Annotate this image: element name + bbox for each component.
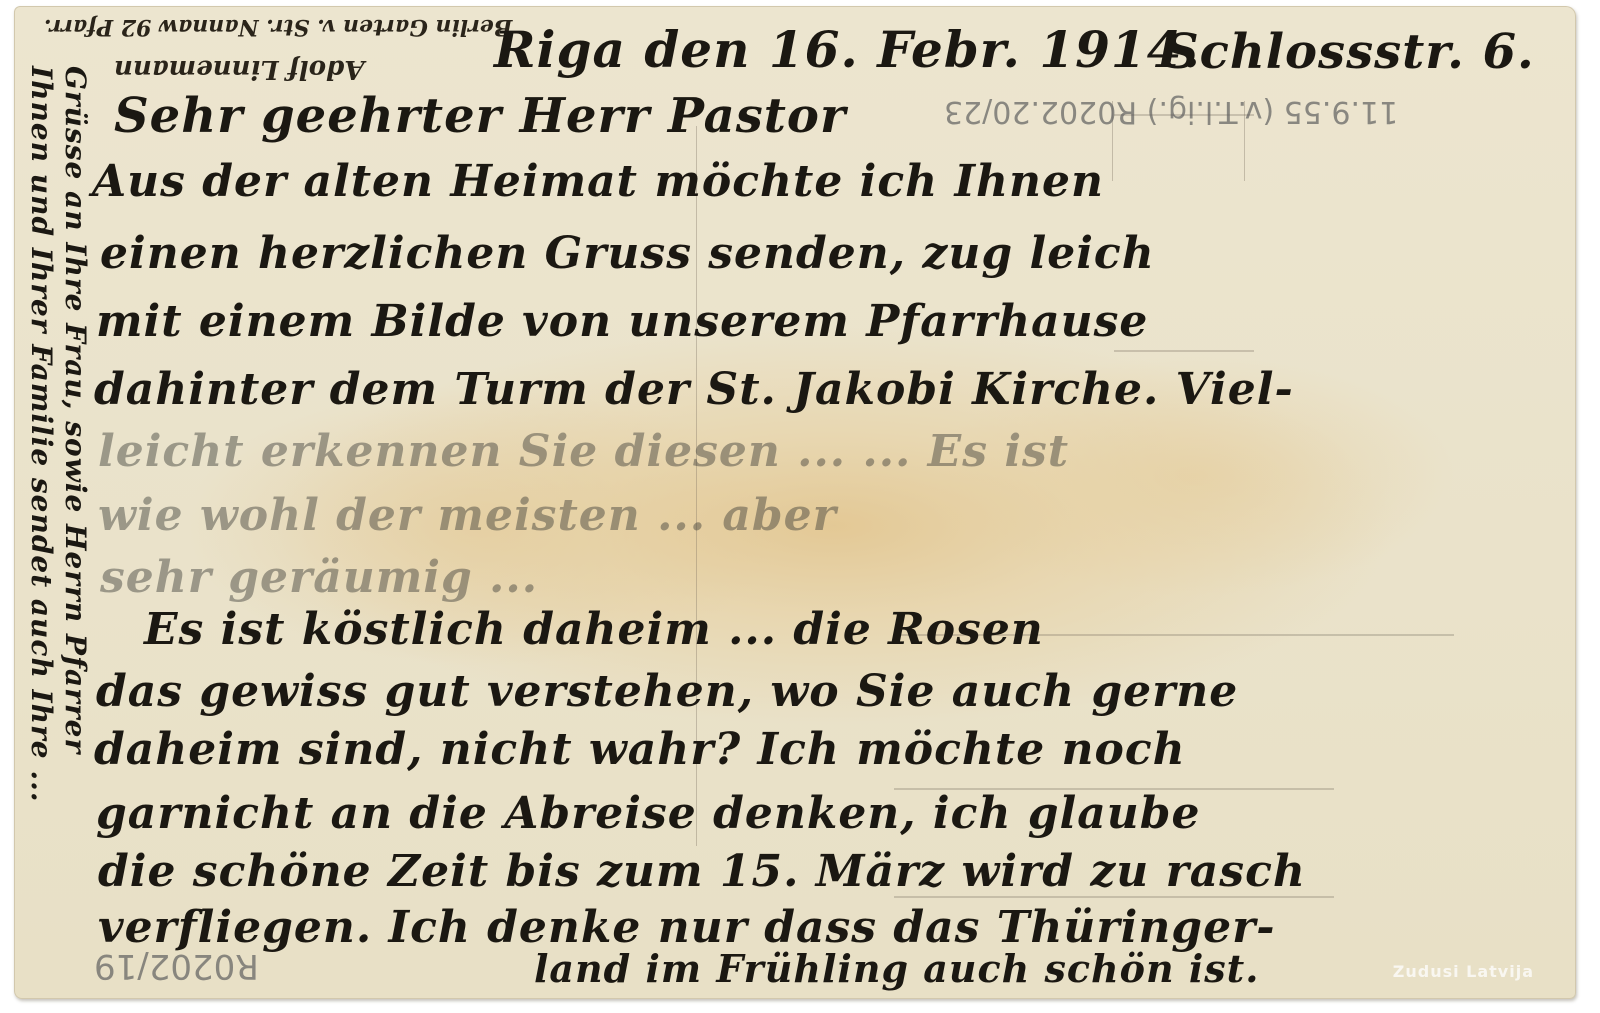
letter-line-faded: leicht erkennen Sie diesen ... ... Es is… [98, 426, 1069, 477]
address-line [1114, 350, 1254, 352]
letter-line: daheim sind, nicht wahr? Ich möchte noch [94, 724, 1186, 775]
letter-line: land im Frühling auch schön ist. [534, 946, 1259, 991]
upside-down-note: Berlin Garten v. Str. Nannaw 92 Pfarr. [44, 14, 512, 40]
archive-stamp: 11.9.55 (v.T.l.ig.) R0202.20/23 [944, 94, 1398, 129]
letter-line-faded: wie wohl der meisten ... aber [98, 490, 837, 541]
letter-line: mit einem Bilde von unserem Pfarrhause [96, 296, 1148, 347]
letter-line: garnicht an die Abreise denken, ich glau… [96, 788, 1201, 839]
margin-note: Ihnen und Ihrer Familie sendet auch Ihre… [25, 66, 58, 803]
place-date: Riga den 16. Febr. 1914. [494, 20, 1201, 79]
letter-line: einen herzlichen Gruss senden, zug leich [100, 228, 1155, 279]
letter-line: das gewiss gut verstehen, wo Sie auch ge… [96, 666, 1238, 717]
archive-number-stamp: R0202/19 [94, 946, 259, 986]
margin-note: Grüsse an Ihre Frau, sowie Herrn Pfarrer [59, 66, 92, 754]
letter-line: Aus der alten Heimat möchte ich Ihnen [92, 156, 1104, 207]
letter-line: Es ist köstlich daheim ... die Rosen [144, 604, 1044, 655]
letter-line-faded: sehr geräumig ... [100, 552, 538, 603]
salutation: Sehr geehrter Herr Pastor [114, 88, 846, 144]
watermark: Zudusi Latvija [1393, 962, 1534, 981]
letter-line: dahinter dem Turm der St. Jakobi Kirche.… [94, 364, 1294, 415]
document-viewer: Berlin Garten v. Str. Nannaw 92 Pfarr. A… [0, 0, 1600, 1013]
postcard-back: Berlin Garten v. Str. Nannaw 92 Pfarr. A… [14, 6, 1576, 999]
sender-address: Schlossstr. 6. [1164, 24, 1535, 80]
letter-line: die schöne Zeit bis zum 15. März wird zu… [98, 846, 1306, 897]
upside-down-note: Adolf Linnemann [114, 54, 364, 84]
